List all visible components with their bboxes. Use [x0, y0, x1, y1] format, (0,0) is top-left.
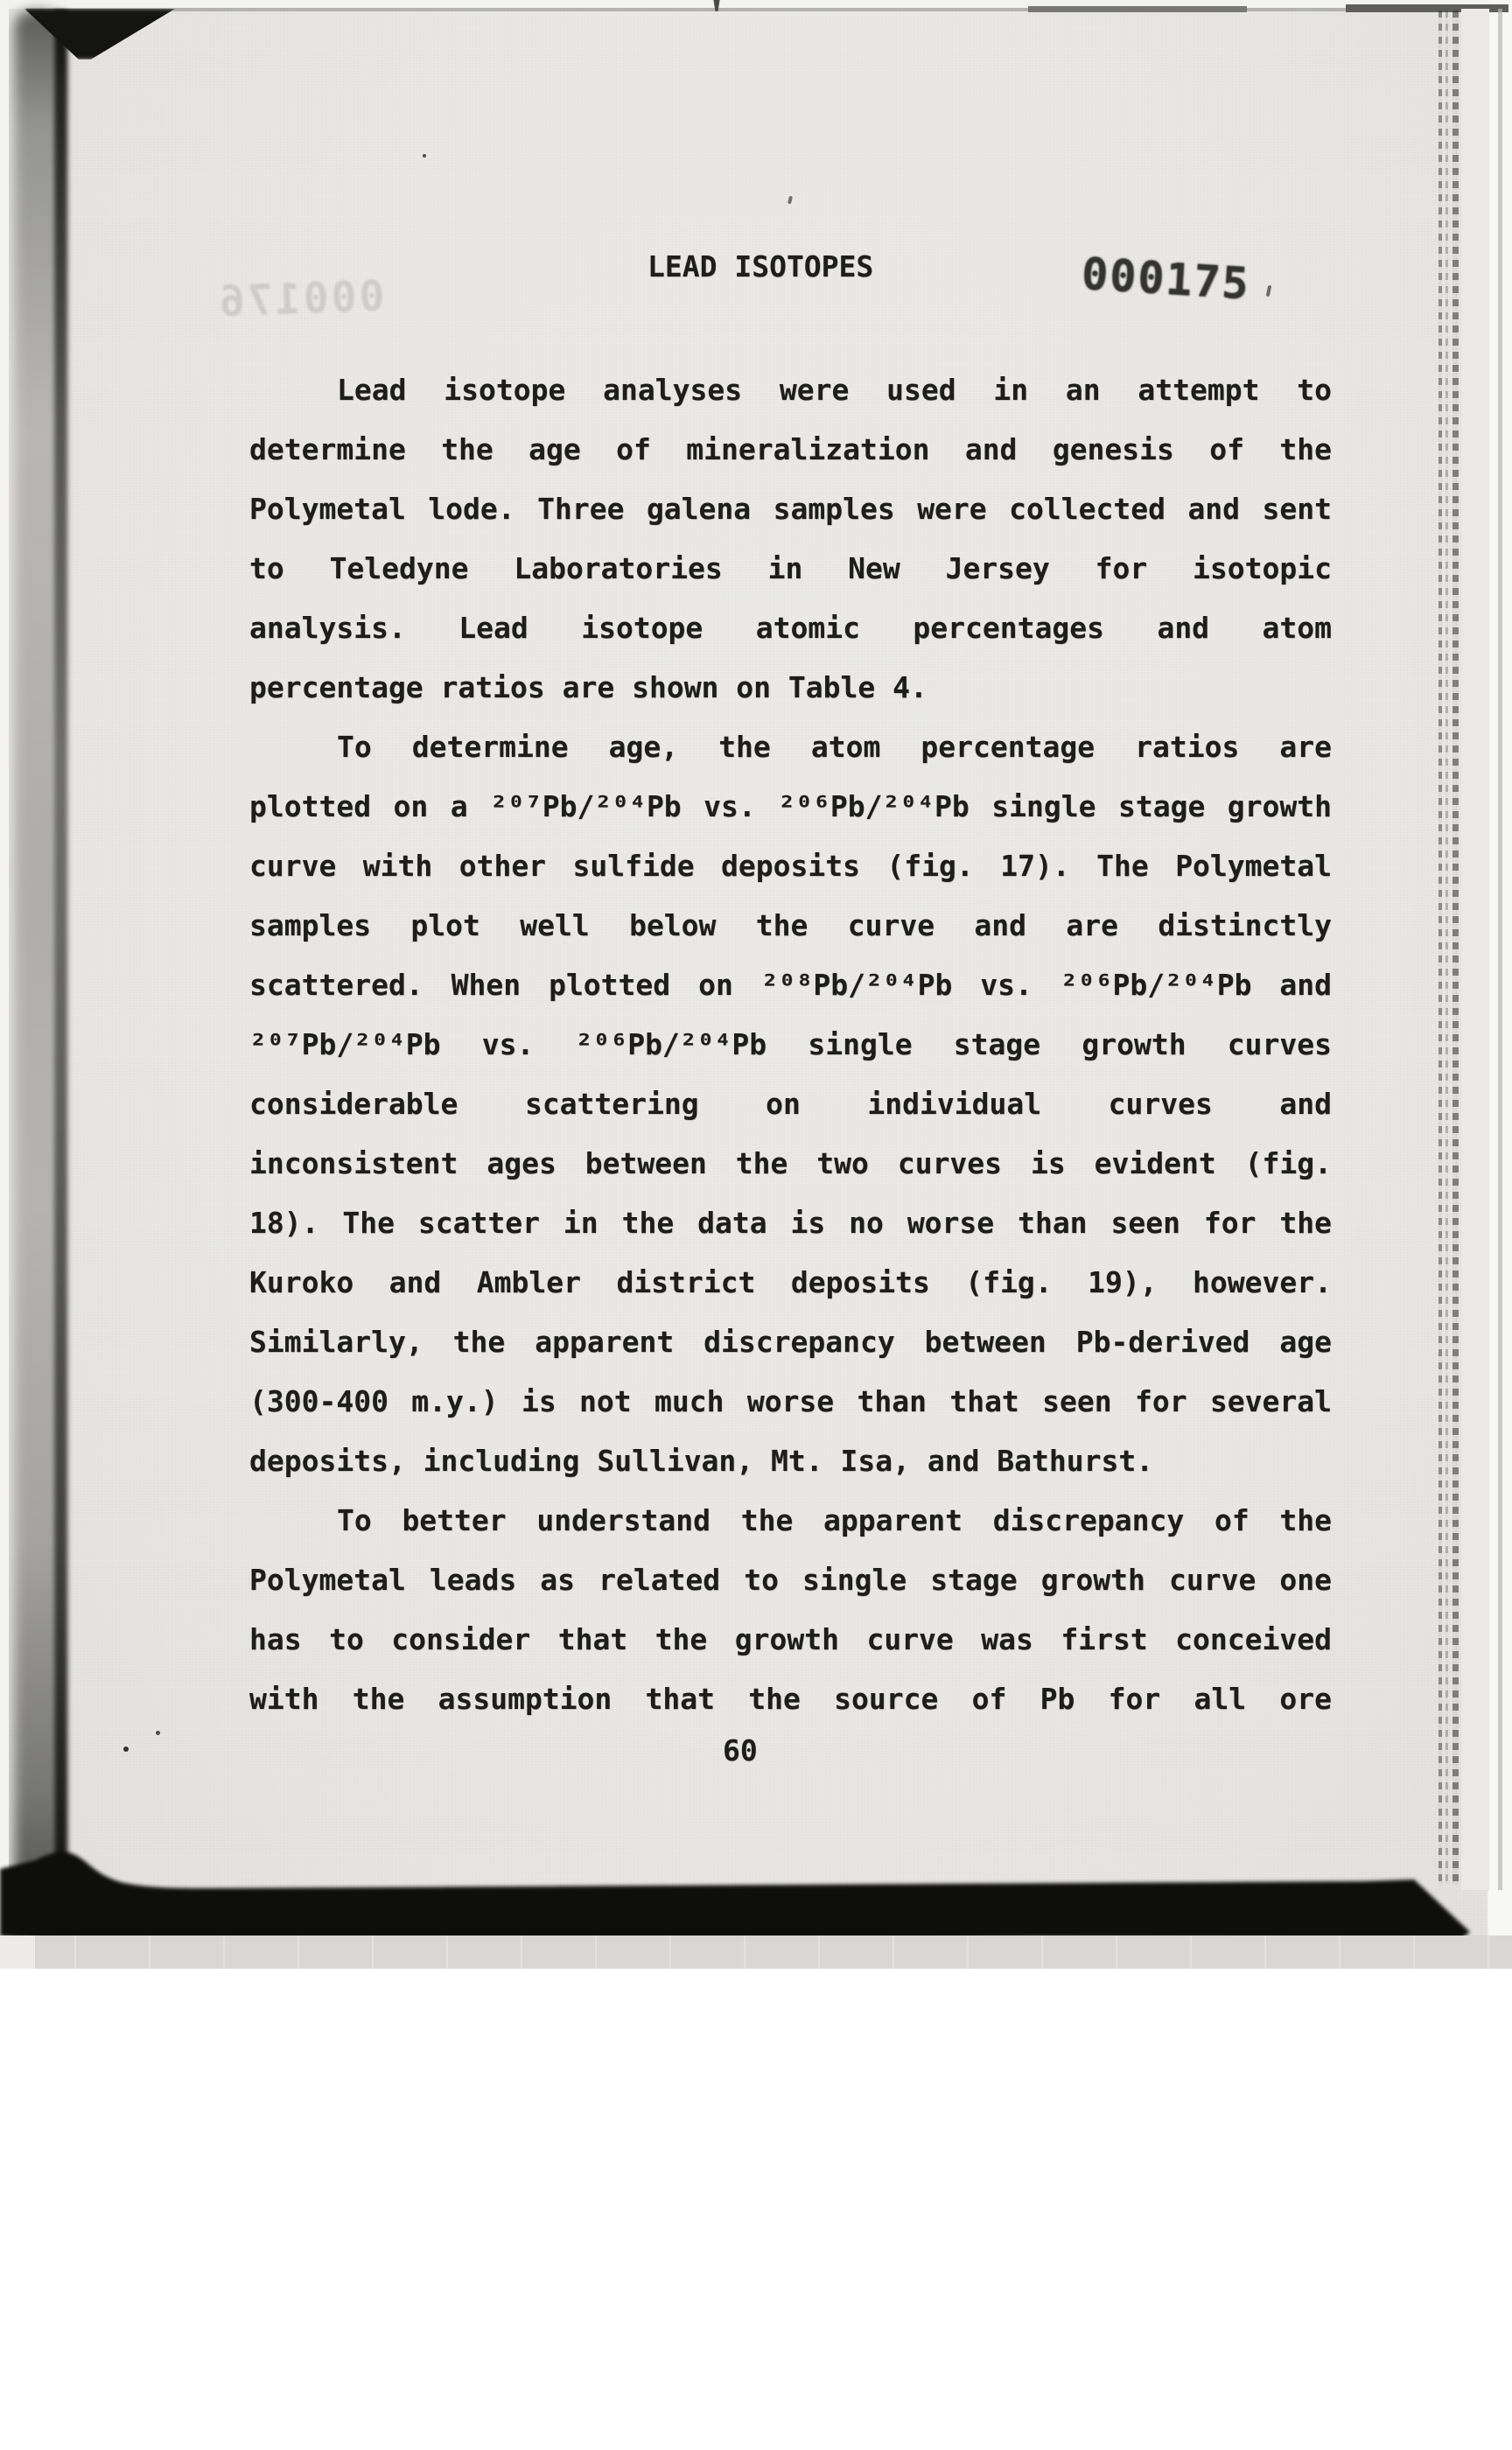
book-page-edge-streaks [1438, 10, 1442, 1885]
binding-crease-line [54, 10, 67, 1892]
page-right-edge-line [1498, 9, 1502, 1890]
text-line: plotted on a ²⁰⁷Pb/²⁰⁴Pb vs. ²⁰⁶Pb/²⁰⁴Pb… [249, 777, 1332, 836]
page-right-outer-strip [1461, 9, 1489, 1890]
ink-speck [423, 154, 426, 157]
text-line: percentage ratios are shown on Table 4. [249, 658, 1332, 717]
book-page-edge-streaks [1452, 10, 1459, 1885]
text-line: analysis. Lead isotope atomic percentage… [249, 598, 1332, 658]
ink-speck [156, 1731, 160, 1735]
text-line: scattered. When plotted on ²⁰⁸Pb/²⁰⁴Pb v… [249, 955, 1332, 1015]
book-page-edge-streaks [1445, 10, 1448, 1885]
below-page-scanner-strip-light [0, 1935, 35, 1969]
ink-speck [123, 1746, 129, 1752]
text-line: Polymetal lode. Three galena samples wer… [249, 479, 1332, 539]
text-line: To better understand the apparent discre… [249, 1491, 1332, 1550]
text-line: curve with other sulfide deposits (fig. … [249, 836, 1332, 896]
page-top-edge-line [26, 8, 1500, 11]
page-number: 60 [723, 1731, 758, 1771]
page-title: LEAD ISOTOPES [647, 247, 873, 287]
text-line: with the assumption that the source of P… [249, 1669, 1332, 1729]
text-line: Kuroko and Ambler district deposits (fig… [249, 1253, 1332, 1312]
text-line: To determine age, the atom percentage ra… [249, 717, 1332, 777]
text-line: inconsistent ages between the two curves… [249, 1134, 1332, 1193]
scan-left-margin [0, 9, 9, 1964]
text-line: Polymetal leads as related to single sta… [249, 1550, 1332, 1610]
text-line: has to consider that the growth curve wa… [249, 1610, 1332, 1669]
text-line: ²⁰⁷Pb/²⁰⁴Pb vs. ²⁰⁶Pb/²⁰⁴Pb single stage… [249, 1015, 1332, 1074]
text-line: Similarly, the apparent discrepancy betw… [249, 1312, 1332, 1372]
page-top-edge-dark-segment [1028, 6, 1247, 12]
text-line: deposits, including Sullivan, Mt. Isa, a… [249, 1431, 1332, 1491]
bleed-through-stamp: 000176 [216, 272, 385, 327]
scanned-page-root: { "page": { "header": { "title": "LEAD I… [0, 0, 1512, 2450]
text-line: 18). The scatter in the data is no worse… [249, 1193, 1332, 1253]
text-line: determine the age of mineralization and … [249, 420, 1332, 479]
text-line: samples plot well below the curve and ar… [249, 896, 1332, 955]
body-text: Lead isotope analyses were used in an at… [249, 360, 1332, 1729]
text-line: Lead isotope analyses were used in an at… [249, 360, 1332, 420]
document-number-stamp: 000175 [1080, 248, 1251, 310]
text-line: (300-400 m.y.) is not much worse than th… [249, 1372, 1332, 1431]
text-line: to Teledyne Laboratories in New Jersey f… [249, 539, 1332, 598]
below-page-scanner-strip [0, 1935, 1512, 1969]
text-line: considerable scattering on individual cu… [249, 1074, 1332, 1134]
